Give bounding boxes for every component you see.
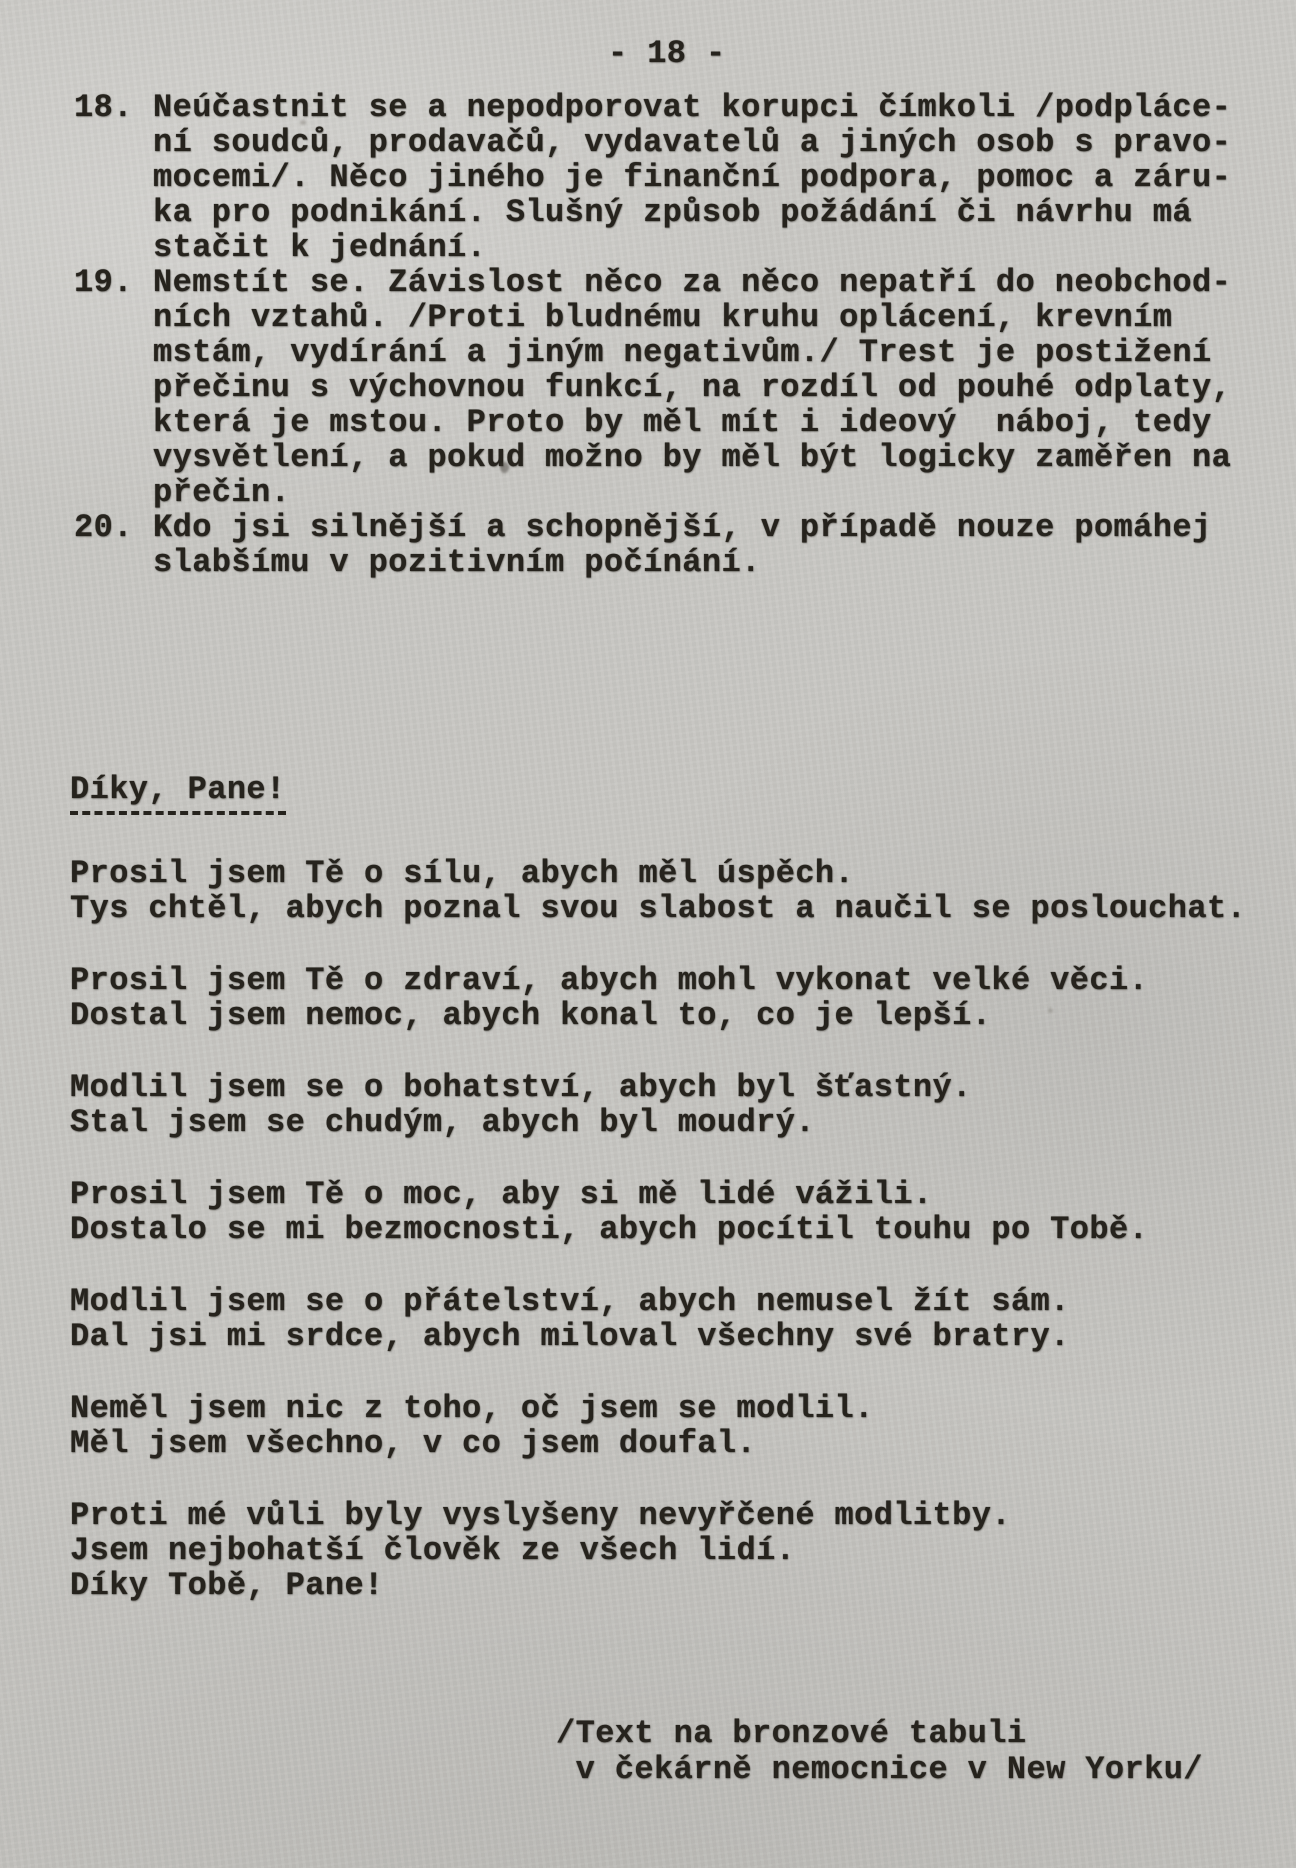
poem-stanza-3: Modlil jsem se o bohatství, abych byl šť…: [70, 1070, 1246, 1140]
poem-stanza-6: Neměl jsem nic z toho, oč jsem se modlil…: [70, 1391, 1246, 1461]
poem-stanza-4: Prosil jsem Tě o moc, aby si mě lidé váž…: [70, 1177, 1246, 1247]
scanned-page: - 18 - 18. Neúčastnit se a nepodporovat …: [0, 0, 1296, 1868]
poem-stanza-7: Proti mé vůli byly vyslyšeny nevyřčené m…: [70, 1498, 1246, 1603]
poem-stanza-2: Prosil jsem Tě o zdraví, abych mohl vyko…: [70, 963, 1246, 1033]
poem: Prosil jsem Tě o sílu, abych měl úspěch.…: [70, 856, 1246, 1640]
item-text: Neúčastnit se a nepodporovat korupci čím…: [153, 90, 1231, 265]
poem-stanza-5: Modlil jsem se o přátelství, abych nemus…: [70, 1284, 1246, 1354]
list-item-20: 20. Kdo jsi silnější a schopnější, v pří…: [74, 510, 1212, 580]
page-number: - 18 -: [608, 36, 726, 72]
list-item-19: 19. Nemstít se. Závislost něco za něco n…: [74, 265, 1231, 510]
list-item-18: 18. Neúčastnit se a nepodporovat korupci…: [74, 90, 1231, 265]
section-heading: Díky, Pane!: [70, 770, 286, 815]
item-number: 18.: [74, 90, 153, 125]
source-note: /Text na bronzové tabuli v čekárně nemoc…: [556, 1716, 1203, 1788]
item-number: 20.: [74, 510, 153, 545]
item-number: 19.: [74, 265, 153, 300]
poem-stanza-1: Prosil jsem Tě o sílu, abych měl úspěch.…: [70, 856, 1246, 926]
item-text: Nemstít se. Závislost něco za něco nepat…: [153, 265, 1231, 510]
item-text: Kdo jsi silnější a schopnější, v případě…: [153, 510, 1212, 580]
